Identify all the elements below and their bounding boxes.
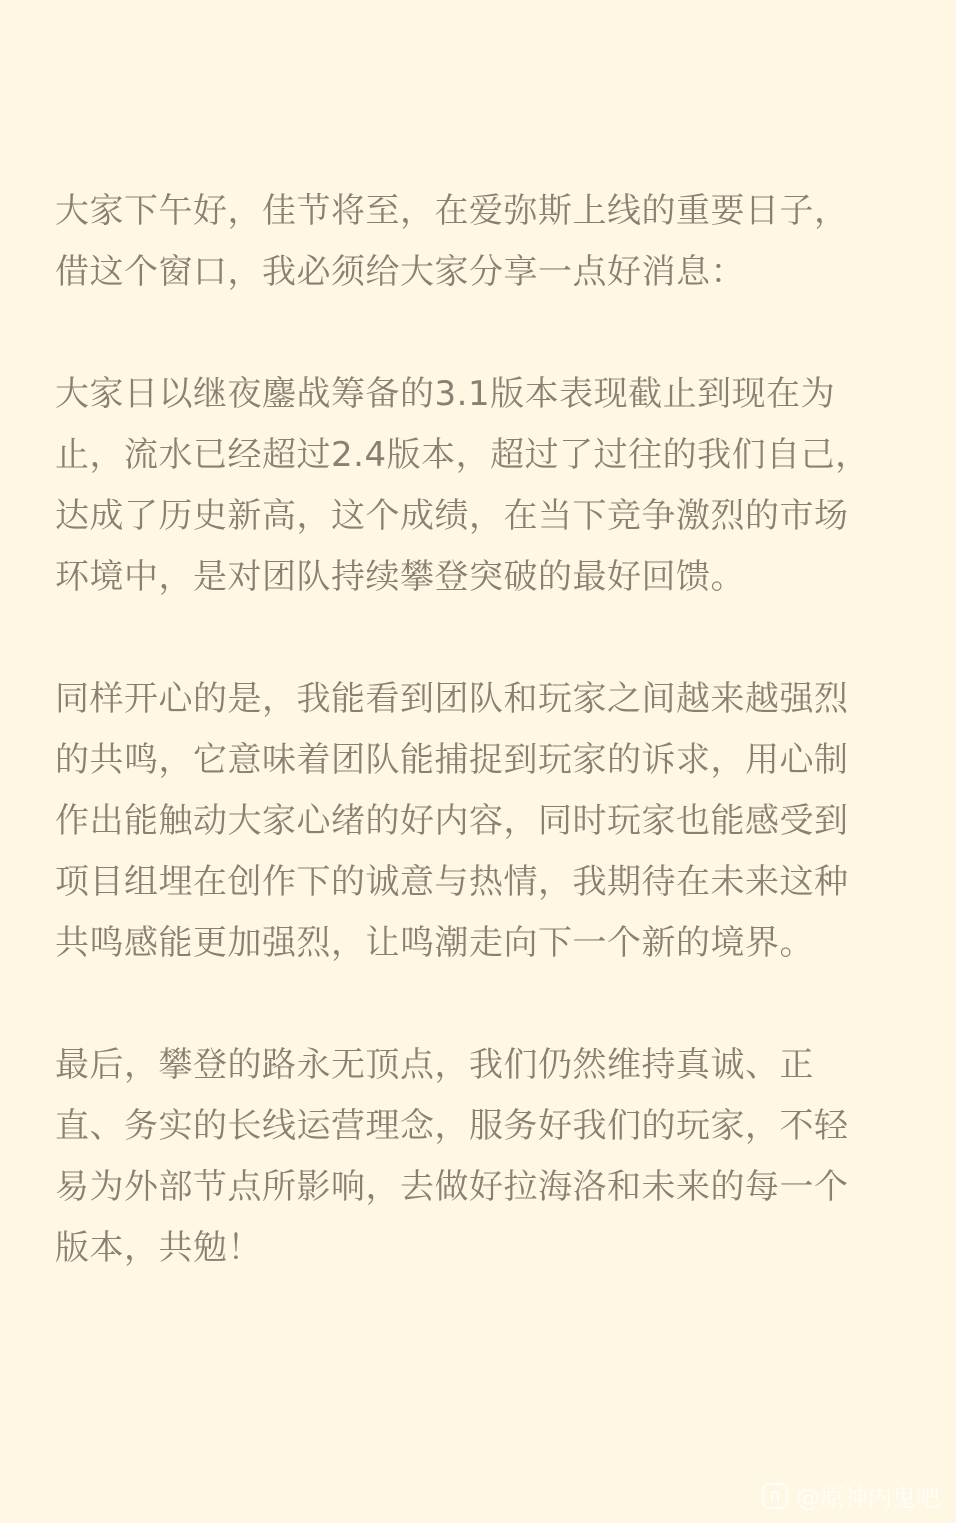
watermark-text: @原神内鬼吧 bbox=[796, 1478, 940, 1513]
text-line: 共鸣感能更加强烈，让鸣潮走向下一个新的境界。 bbox=[55, 913, 895, 974]
text-line: 作出能触动大家心绪的好内容，同时玩家也能感受到 bbox=[55, 791, 895, 852]
text-line: 易为外部节点所影响，去做好拉海洛和未来的每一个 bbox=[55, 1157, 895, 1218]
paragraph-greeting: 大家下午好，佳节将至，在爱弥斯上线的重要日子， 借这个窗口，我必须给大家分享一点… bbox=[55, 181, 895, 303]
paragraph-revenue-news: 大家日以继夜鏖战筹备的3.1版本表现截止到现在为 止，流水已经超过2.4版本，超… bbox=[55, 364, 895, 608]
text-line: 借这个窗口，我必须给大家分享一点好消息： bbox=[55, 242, 895, 303]
article-body: 大家下午好，佳节将至，在爱弥斯上线的重要日子， 借这个窗口，我必须给大家分享一点… bbox=[55, 181, 895, 1340]
text-line: 止，流水已经超过2.4版本，超过了过往的我们自己， bbox=[55, 425, 895, 486]
text-line: 的共鸣，它意味着团队能捕捉到玩家的诉求，用心制 bbox=[55, 730, 895, 791]
text-line: 直、务实的长线运营理念，服务好我们的玩家，不轻 bbox=[55, 1096, 895, 1157]
text-line: 最后，攀登的路永无顶点，我们仍然维持真诚、正 bbox=[55, 1035, 895, 1096]
text-line: 版本，共勉！ bbox=[55, 1218, 895, 1279]
text-line: 同样开心的是，我能看到团队和玩家之间越来越强烈 bbox=[55, 669, 895, 730]
text-line: 大家下午好，佳节将至，在爱弥斯上线的重要日子， bbox=[55, 181, 895, 242]
paragraph-resonance: 同样开心的是，我能看到团队和玩家之间越来越强烈 的共鸣，它意味着团队能捕捉到玩家… bbox=[55, 669, 895, 974]
text-line: 环境中，是对团队持续攀登突破的最好回馈。 bbox=[55, 547, 895, 608]
watermark: @原神内鬼吧 bbox=[762, 1478, 940, 1513]
text-line: 大家日以继夜鏖战筹备的3.1版本表现截止到现在为 bbox=[55, 364, 895, 425]
text-line: 项目组埋在创作下的诚意与热情，我期待在未来这种 bbox=[55, 852, 895, 913]
text-line: 达成了历史新高，这个成绩，在当下竞争激烈的市场 bbox=[55, 486, 895, 547]
tieba-icon bbox=[762, 1483, 788, 1509]
paragraph-closing: 最后，攀登的路永无顶点，我们仍然维持真诚、正 直、务实的长线运营理念，服务好我们… bbox=[55, 1035, 895, 1279]
